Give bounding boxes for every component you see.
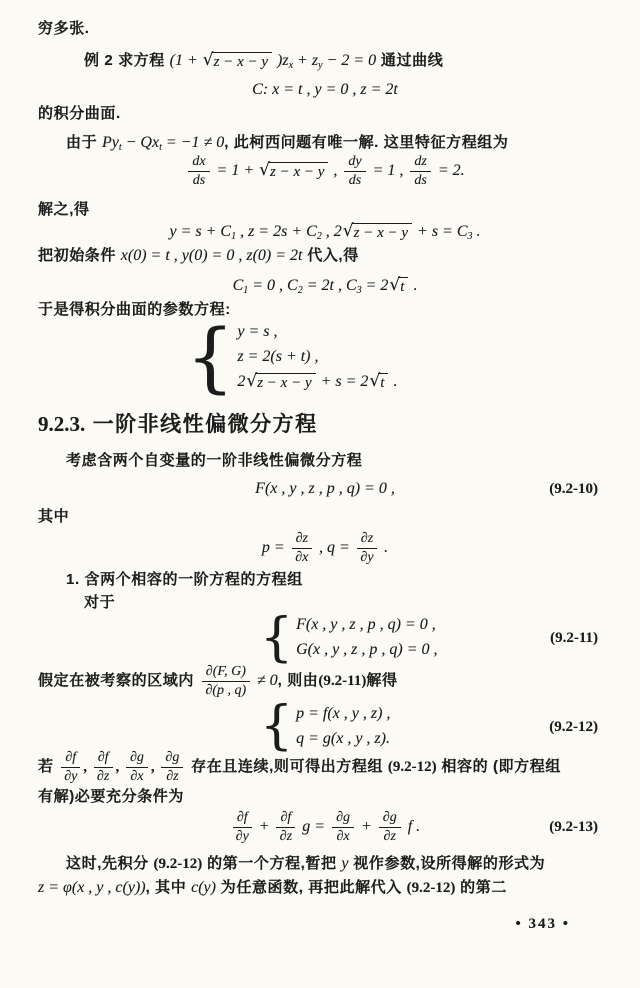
text-run: 存在且连续,则可得出方程组 [186,758,388,775]
numerator: ∂g [332,810,354,828]
equation-row: 2√z − x − y + s = 2√t . [237,371,397,393]
numerator: ∂g [161,750,183,768]
radicand: z − x − y [268,162,328,181]
math-run: z = 2(s + t) , [237,348,318,365]
text-run: 若 [38,758,58,775]
math-run: − Qx [122,134,159,151]
numerator: dx [188,154,209,172]
math-run: , [329,162,341,179]
text-run: 这时,先积分 [66,855,154,872]
math-run: (1 + [170,52,202,69]
bold-label: 1. [66,571,80,588]
numerator: ∂f [61,750,80,768]
text-run: 的第二 [455,879,507,896]
line-initcond: 把初始条件 x(0) = t , y(0) = 0 , z(0) = 2t 代入… [38,245,612,267]
math-run: p = f(x , y , z) , [296,705,390,722]
radical: √z − x − y [343,223,412,242]
line-eq910: F(x , y , z , p , q) = 0 ,(9.2-10) [38,478,612,500]
math-run: y = s , [237,323,277,340]
roman-run: (9.2-11) [318,673,366,689]
math-run: + s = 2 [317,373,369,390]
line-assume: 假定在被考察的区域内 ∂(F, G)∂(p , q) ≠ 0, 则由(9.2-1… [38,664,612,699]
system-rows: p = f(x , y , z) ,q = g(x , y , z). [296,703,390,750]
line-consider: 考虑含两个自变量的一阶非线性偏微分方程 [66,450,612,472]
numerator: ∂(F, G) [202,664,250,682]
equation-number: (9.2-11) [550,627,598,649]
numerator: ∂z [292,531,312,549]
roman-run: , [151,759,159,775]
numerator: ∂f [94,750,113,768]
numerator: ∂g [379,810,401,828]
bold-label: 例 2 [84,52,113,69]
line-final1: 这时,先积分 (9.2-12) 的第一个方程,暂把 y 视作参数,设所得解的形式… [66,853,612,875]
math-run: = 1 + [213,162,259,179]
denominator: ∂x [295,549,308,566]
text-run: 视作参数,设所得解的形式为 [349,855,546,872]
math-run: . [409,277,417,294]
math-run: )z [273,52,289,69]
math-run: C [233,277,244,294]
math-run: g = [298,818,329,835]
roman-run: (9.2-12) [388,759,437,775]
line-constants: C1 = 0 , C2 = 2t , C3 = 2√t . [38,275,612,297]
line-example2: 例 2 求方程 (1 + √z − x − y )zx + zy − 2 = 0… [84,50,612,72]
line-youyu: 由于 Pyt − Qxt = −1 ≠ 0, 此柯西问题有唯一解. 这里特征方程… [66,132,612,154]
math-run: − 2 = 0 [323,52,377,69]
fraction: ∂(F, G)∂(p , q) [202,664,250,699]
math-run: x(0) = t , y(0) = 0 , z(0) = 2t [121,247,303,264]
denominator: ds [414,172,426,189]
fraction: ∂g∂z [161,750,183,785]
page-content: 穷多张.例 2 求方程 (1 + √z − x − y )zx + zy − 2… [38,18,612,899]
document-page: 穷多张.例 2 求方程 (1 + √z − x − y )zx + zy − 2… [0,0,640,988]
math-run: f . [404,818,420,835]
equation-number: (9.2-10) [549,478,598,500]
roman-run: (9.2-12) [154,856,203,872]
text-run: 求方程 [113,52,169,69]
fraction: ∂z∂x [292,531,312,566]
math-run: , q = [315,539,354,556]
denominator: ∂z [384,828,396,845]
math-run: z = φ(x , y , c(y)) [38,879,146,896]
equation-number: (9.2-13) [549,816,598,838]
equation-row: F(x , y , z , p , q) = 0 , [296,614,437,636]
fraction: ∂z∂y [357,531,377,566]
text-run: 含两个相容的一阶方程的方程组 [80,571,303,588]
equation-row: z = 2(s + t) , [237,346,397,368]
radical: √t [389,277,408,296]
fraction: ∂g∂x [126,750,148,785]
roman-run: , [116,759,124,775]
numerator: dz [410,154,430,172]
text-run: 解之,得 [38,201,90,218]
fraction: ∂f∂z [94,750,113,785]
denominator: ∂y [360,549,373,566]
numerator: ∂z [357,531,377,549]
text-run: 一阶非线性偏微分方程 [85,413,317,436]
line-youjie: 有解)必要充分条件为 [38,786,612,808]
fraction: ∂f∂y [233,810,252,845]
text-run: 由于 [66,134,102,151]
text-run: 通过曲线 [376,52,443,69]
radicand: t [398,277,408,296]
text-run: 考虑含两个自变量的一阶非线性偏微分方程 [66,452,362,469]
math-run: = 2. [434,162,465,179]
fraction: dxds [188,154,209,189]
line-paramintro: 于是得积分曲面的参数方程: [38,299,612,321]
math-run: . [380,539,388,556]
left-brace-icon: { [260,616,293,660]
line-gensol: y = s + C1 , z = 2s + C2 , 2√z − x − y +… [38,221,612,243]
math-run: F(x , y , z , p , q) = 0 , [255,480,395,497]
line-curve: C: x = t , y = 0 , z = 2t [38,79,612,101]
fraction: dyds [344,154,365,189]
line-sec923: 9.2.3. 一阶非线性偏微分方程 [38,410,612,439]
text-run: 为任意函数, 再把此解代入 [216,879,407,896]
math-run: + [255,818,274,835]
math-run: + [357,818,376,835]
fraction: ∂f∂y [61,750,80,785]
fraction: ∂g∂x [332,810,354,845]
math-run: q = g(x , y , z). [296,730,390,747]
math-run: 2 [237,373,245,390]
text-run: 穷多张. [38,20,90,37]
math-run: = 2t , C [303,277,357,294]
left-brace-icon: { [260,704,293,748]
math-run: , 2 [322,223,342,240]
math-run: y [341,855,348,872]
math-run: ≠ 0 [253,672,278,689]
equation-number: (9.2-12) [549,716,598,738]
radicand: t [378,373,388,392]
text-run: 其中 [38,508,69,525]
radical: √z − x − y [259,162,328,181]
text-run: 的积分曲面. [38,105,121,122]
numerator: ∂f [276,810,295,828]
math-run: Py [102,134,119,151]
denominator: ∂x [336,828,349,845]
math-run: + z [293,52,318,69]
line-pq: p = ∂z∂x , q = ∂z∂y . [38,531,612,566]
fraction: dzds [410,154,430,189]
math-run: . [473,223,481,240]
denominator: ∂z [97,768,109,785]
system-rows: y = s ,z = 2(s + t) ,2√z − x − y + s = 2… [237,321,397,393]
fraction: ∂g∂z [379,810,401,845]
radicand: z − x − y [352,223,412,242]
denominator: ∂(p , q) [205,682,246,699]
line-chareqs: dxds = 1 + √z − x − y , dyds = 1 , dzds … [38,154,612,189]
left-brace-icon: { [186,325,234,390]
radical: √z − x − y [246,373,315,392]
line-eq912: {p = f(x , y , z) ,q = g(x , y , z).(9.2… [38,703,612,750]
math-run: = 0 , C [248,277,297,294]
line-solve: 解之,得 [38,199,612,221]
line-ruo: 若 ∂f∂y, ∂f∂z, ∂g∂x, ∂g∂z 存在且连续,则可得出方程组 (… [38,750,612,785]
math-run: G(x , y , z , p , q) = 0 , [296,641,437,658]
numerator: dy [344,154,365,172]
numerator: ∂f [233,810,252,828]
text-run: 解得 [366,672,397,689]
line-eq913: ∂f∂y + ∂f∂z g = ∂g∂x + ∂g∂z f .(9.2-13) [38,810,612,845]
equation-system: {F(x , y , z , p , q) = 0 ,G(x , y , z ,… [260,614,438,661]
line-surface: 的积分曲面. [38,103,612,125]
text-run: 有解)必要充分条件为 [38,788,184,805]
numerator: ∂g [126,750,148,768]
math-run: c(y) [191,879,216,896]
denominator: ∂x [130,768,143,785]
math-run: F(x , y , z , p , q) = 0 , [296,616,436,633]
equation-system: {y = s ,z = 2(s + t) ,2√z − x − y + s = … [186,321,397,393]
math-run: p = [262,539,289,556]
math-run: . [389,373,397,390]
line-duiyu: 对于 [84,592,612,614]
denominator: ∂y [236,828,249,845]
line-qizhong: 其中 [38,506,612,528]
equation-row: y = s , [237,321,397,343]
math-run: C: x = t , y = 0 , z = 2t [252,81,398,98]
math-run: = 2 [362,277,389,294]
radicand: z − x − y [212,52,272,71]
radicand: z − x − y [255,373,315,392]
text-run: , 则由 [278,672,319,689]
roman-run: , [83,759,91,775]
line-final2: z = φ(x , y , c(y)), 其中 c(y) 为任意函数, 再把此解… [38,877,612,899]
equation-row: p = f(x , y , z) , [296,703,390,725]
roman-run: (9.2-12) [407,880,456,896]
text-run: 代入,得 [302,247,358,264]
math-run: = −1 ≠ 0 [162,134,224,151]
text-run: 假定在被考察的区域内 [38,672,199,689]
denominator: ds [349,172,361,189]
radical: √z − x − y [203,52,272,71]
text-run: , 其中 [146,879,192,896]
denominator: ds [193,172,205,189]
text-run: 的第一个方程,暂把 [202,855,341,872]
math-run: + s = C [413,223,468,240]
line-paramsys: {y = s ,z = 2(s + t) ,2√z − x − y + s = … [38,321,612,393]
line-item1: 1. 含两个相容的一阶方程的方程组 [66,569,612,591]
denominator: ∂y [64,768,77,785]
math-run: = 1 , [369,162,408,179]
line-eq911: {F(x , y , z , p , q) = 0 ,G(x , y , z ,… [38,614,612,661]
roman-run: 9.2.3. [38,412,85,436]
denominator: ∂z [166,768,178,785]
page-number: • 343 • [38,913,612,935]
text-run: 对于 [84,594,115,611]
equation-system: {p = f(x , y , z) ,q = g(x , y , z). [260,703,390,750]
math-run: y = s + C [169,223,231,240]
line-cont: 穷多张. [38,18,612,40]
system-rows: F(x , y , z , p , q) = 0 ,G(x , y , z , … [296,614,437,661]
text-run: 相容的 (即方程组 [437,758,561,775]
math-run: , z = 2s + C [236,223,317,240]
radical: √t [369,373,388,392]
text-run: , 此柯西问题有唯一解. 这里特征方程组为 [224,134,508,151]
text-run: 把初始条件 [38,247,121,264]
equation-row: G(x , y , z , p , q) = 0 , [296,639,437,661]
fraction: ∂f∂z [276,810,295,845]
denominator: ∂z [280,828,292,845]
equation-row: q = g(x , y , z). [296,728,390,750]
